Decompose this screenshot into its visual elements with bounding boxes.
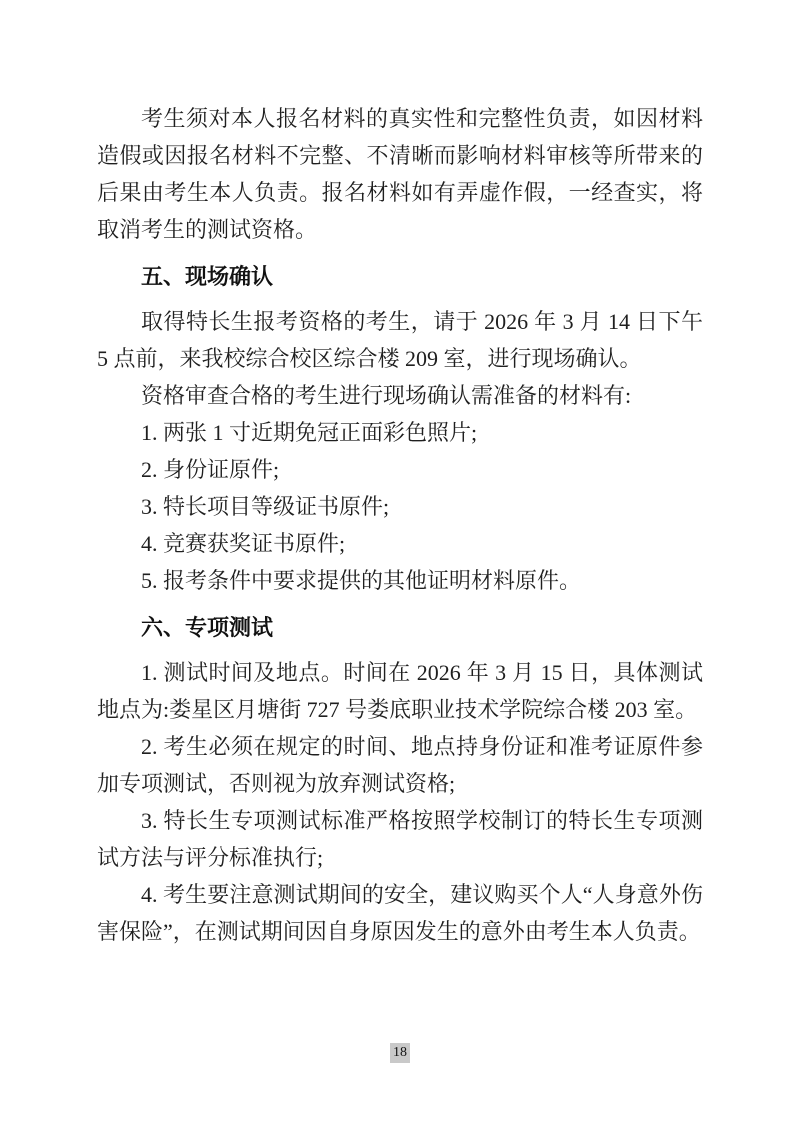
section-5-materials-intro: 资格审查合格的考生进行现场确认需准备的材料有:: [97, 377, 703, 414]
test-item-4: 4. 考生要注意测试期间的安全，建议购买个人“人身意外伤害保险”，在测试期间因自…: [97, 876, 703, 950]
page-footer: 18: [0, 1030, 800, 1067]
section-6-heading: 六、专项测试: [97, 609, 703, 646]
test-item-3: 3. 特长生专项测试标准严格按照学校制订的特长生专项测试方法与评分标准执行;: [97, 802, 703, 876]
material-item-2: 2. 身份证原件;: [97, 451, 703, 488]
document-page: 考生须对本人报名材料的真实性和完整性负责，如因材料造假或因报名材料不完整、不清晰…: [0, 0, 800, 1131]
material-item-3: 3. 特长项目等级证书原件;: [97, 488, 703, 525]
material-item-1: 1. 两张 1 寸近期免冠正面彩色照片;: [97, 414, 703, 451]
intro-paragraph: 考生须对本人报名材料的真实性和完整性负责，如因材料造假或因报名材料不完整、不清晰…: [97, 100, 703, 248]
test-item-1: 1. 测试时间及地点。时间在 2026 年 3 月 15 日，具体测试地点为:娄…: [97, 654, 703, 728]
material-item-5: 5. 报考条件中要求提供的其他证明材料原件。: [97, 562, 703, 599]
test-item-2: 2. 考生必须在规定的时间、地点持身份证和准考证原件参加专项测试，否则视为放弃测…: [97, 728, 703, 802]
page-number: 18: [390, 1043, 410, 1063]
section-5-paragraph-confirmation: 取得特长生报考资格的考生，请于 2026 年 3 月 14 日下午 5 点前，来…: [97, 303, 703, 377]
section-5-heading: 五、现场确认: [97, 258, 703, 295]
material-item-4: 4. 竞赛获奖证书原件;: [97, 525, 703, 562]
